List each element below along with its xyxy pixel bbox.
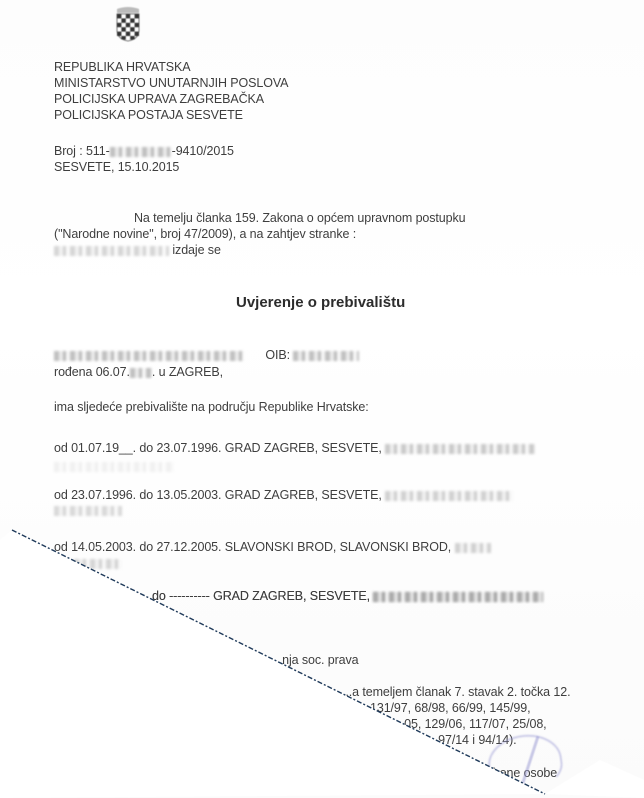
redacted-address — [373, 592, 543, 602]
scanned-document-page: REPUBLIKA HRVATSKA MINISTARSTVO UNUTARNJ… — [0, 0, 644, 798]
page-fold-line — [0, 0, 644, 798]
residence-period: do ---------- GRAD ZAGREB, SESVETE, — [152, 589, 370, 603]
residence-entry-current-overlay: do ---------- GRAD ZAGREB, SESVETE, — [152, 589, 543, 604]
